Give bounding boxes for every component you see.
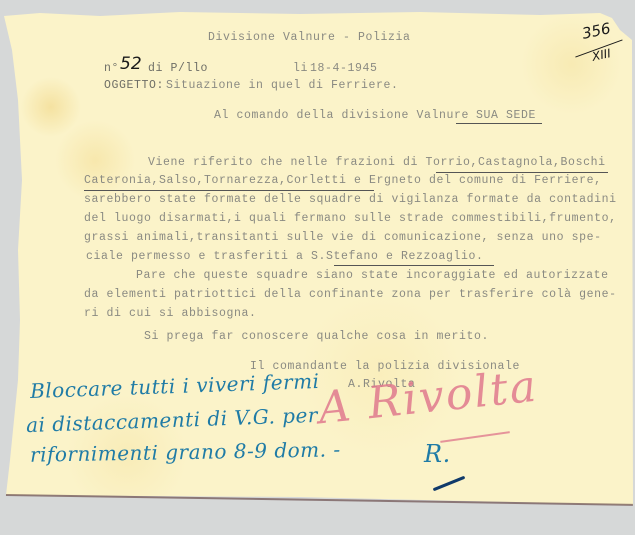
body-line-2: Cateronia,Salso,Tornarezza,Corletti e Er… — [84, 174, 602, 187]
document-date: 18-4-1945 — [310, 62, 378, 75]
body-line-10: Si prega far conoscere qualche cosa in m… — [144, 330, 489, 343]
body-line-1: Viene riferito che nelle frazioni di Tor… — [148, 156, 606, 169]
body-line-4: del luogo disarmati,i quali fermano sull… — [84, 212, 617, 225]
recipient-location: SUA SEDE — [456, 109, 542, 124]
underline-rezzoaglio — [334, 265, 494, 266]
body-line-7: Pare che queste squadre siano state inco… — [136, 269, 609, 282]
subject-text: Situazione in quel di Ferriere. — [166, 79, 399, 92]
subject-label: OGGETTO: — [104, 79, 164, 92]
underline-torrio — [436, 172, 608, 173]
protocol-number-handwritten: 52 — [120, 54, 142, 74]
recipient: Al comando della divisione Valnure — [214, 109, 469, 122]
body-line-3: sarebbero state formate delle squadre di… — [84, 193, 617, 206]
body-line-8: da elementi patriottici della confinante… — [84, 288, 617, 301]
protocol-suffix: di P/llo — [148, 62, 208, 75]
body-line-5: grassi animali,transitanti sulle vie di … — [84, 231, 602, 244]
underline-cateronia — [84, 190, 374, 191]
body-line-9: ri di cui si abbisogna. — [84, 307, 257, 320]
blue-initial: R. — [424, 440, 451, 468]
protocol-prefix: n° — [104, 62, 119, 75]
date-label: li — [293, 62, 308, 75]
letterhead: Divisione Valnure - Polizia — [208, 31, 411, 44]
body-line-6: ciale permesso e trasferiti a S.Stefano … — [86, 250, 484, 263]
